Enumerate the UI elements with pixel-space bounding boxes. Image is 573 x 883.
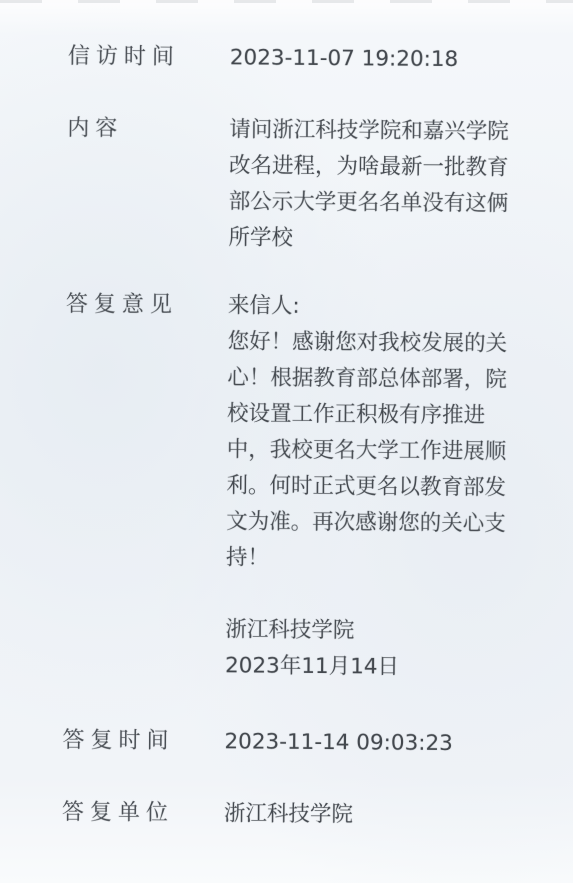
petition-time-label: 信访时间 — [68, 39, 230, 76]
content-value: 请问浙江科技学院和嘉兴学院 改名进程，为啥最新一批教育 部公示大学更名名单没有这… — [228, 112, 572, 259]
petition-time-value: 2023-11-07 19:20:18 — [230, 40, 573, 79]
field-row-petition-time: 信访时间 2023-11-07 19:20:18 — [0, 38, 573, 78]
field-row-reply-opinion: 答复意见 来信人: 您好！感谢您对我校发展的关 心！根据教育部总体部署，院 校设… — [0, 286, 571, 686]
petition-detail-page: 信访时间 2023-11-07 19:20:18 内容 请问浙江科技学院和嘉兴学… — [0, 0, 573, 883]
field-row-reply-unit: 答复单位 浙江科技学院 — [0, 794, 567, 834]
reply-time-label: 答复时间 — [62, 723, 224, 760]
reply-opinion-value: 来信人: 您好！感谢您对我校发展的关 心！根据教育部总体部署，院 校设置工作正积… — [225, 288, 571, 687]
field-row-reply-time: 答复时间 2023-11-14 09:03:23 — [0, 722, 568, 762]
field-row-content: 内容 请问浙江科技学院和嘉兴学院 改名进程，为啥最新一批教育 部公示大学更名名单… — [0, 110, 572, 258]
reply-opinion-label: 答复意见 — [66, 287, 228, 324]
detail-field-list: 信访时间 2023-11-07 19:20:18 内容 请问浙江科技学院和嘉兴学… — [0, 0, 573, 835]
reply-time-value: 2023-11-14 09:03:23 — [224, 724, 567, 763]
content-label: 内容 — [67, 111, 229, 148]
reply-unit-label: 答复单位 — [62, 795, 224, 832]
reply-unit-value: 浙江科技学院 — [224, 796, 567, 835]
